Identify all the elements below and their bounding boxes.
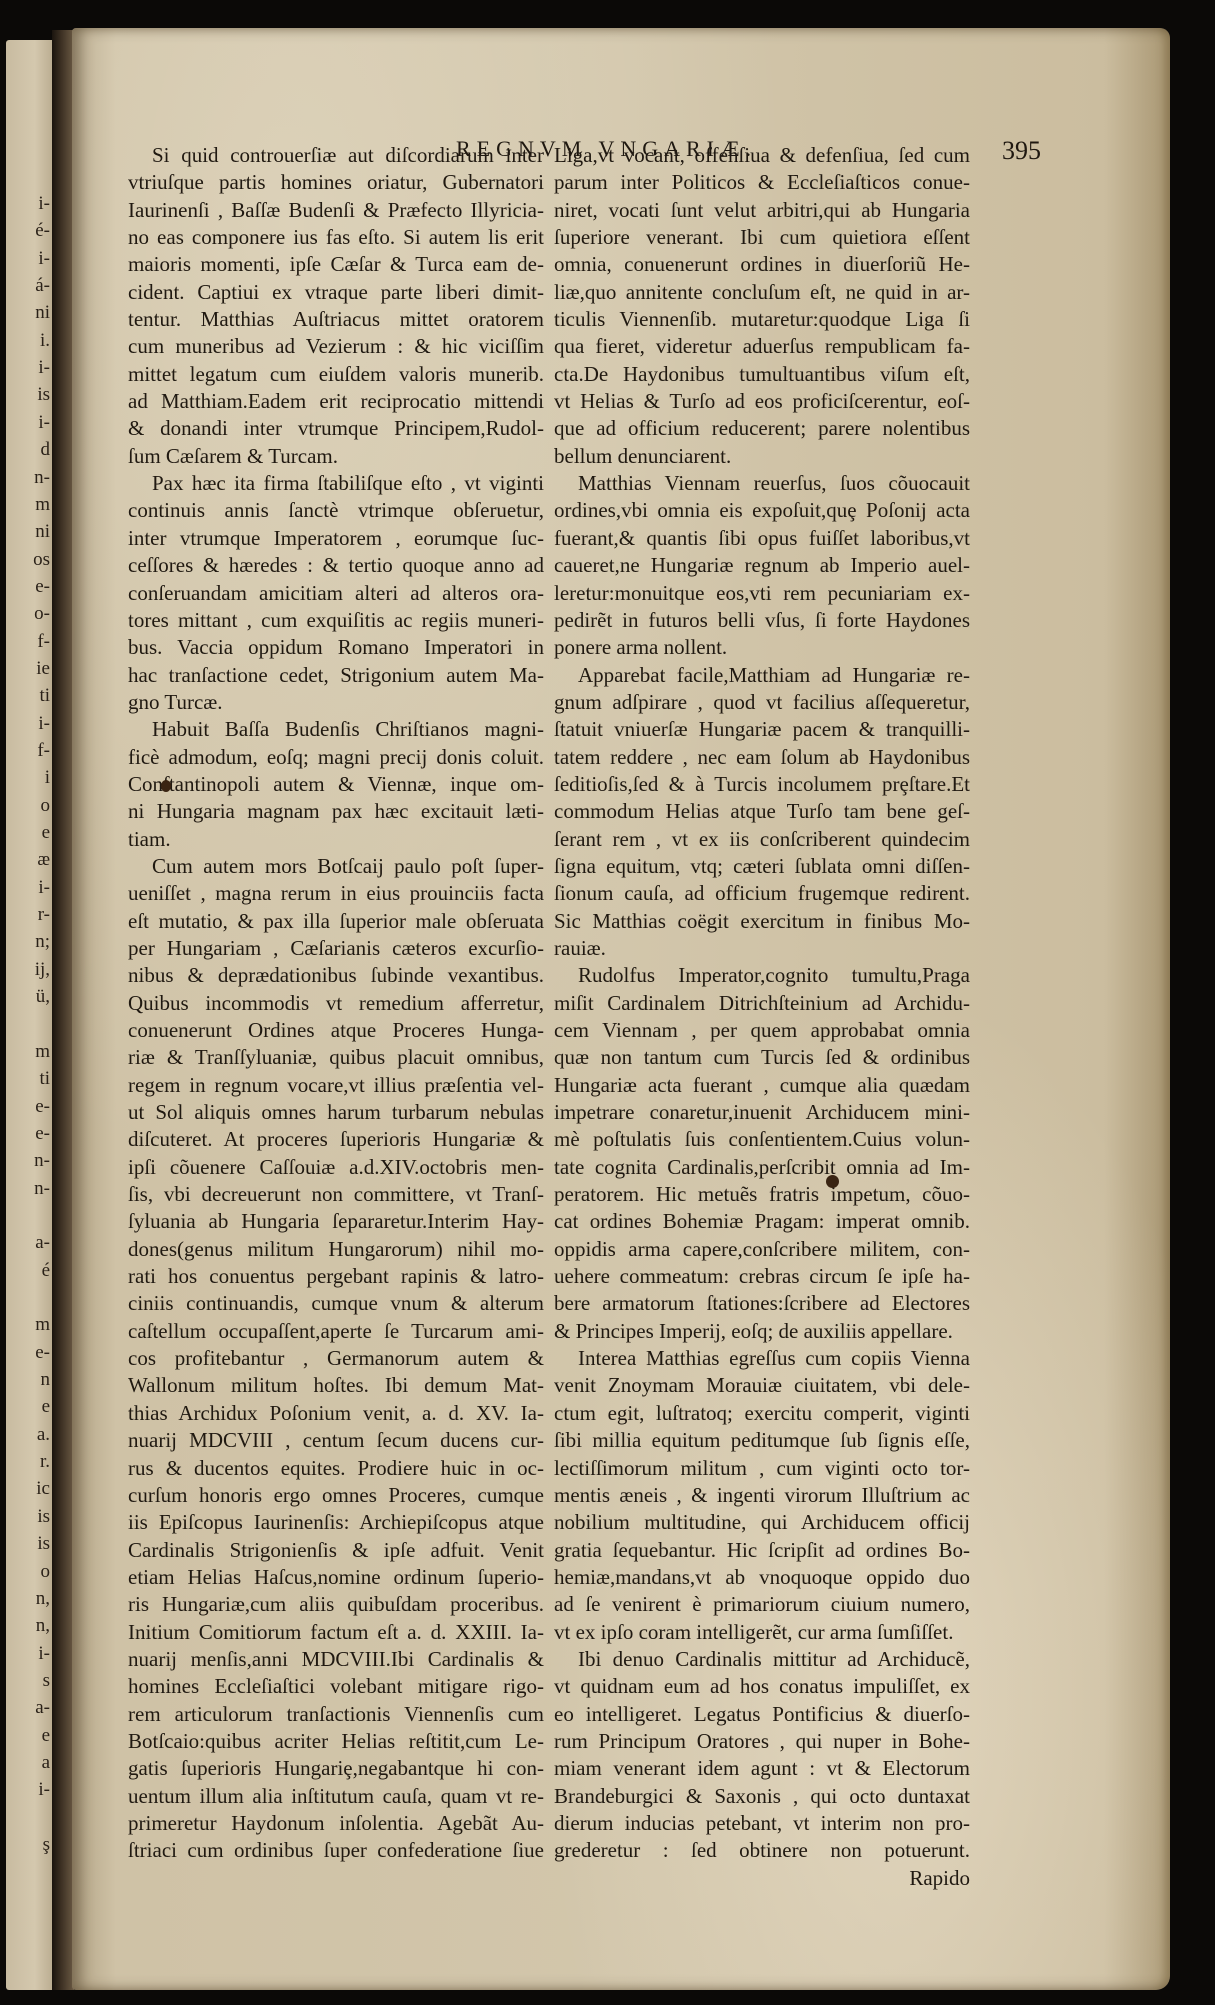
text-line: dierum inducias petebant, vt interim non…	[554, 1810, 970, 1837]
text-line: ad ſe venirent è primariorum ciuium nume…	[554, 1591, 970, 1618]
facing-page-text-fragment: n-	[34, 1175, 50, 1202]
facing-page-text-fragment: f-	[37, 737, 50, 764]
text-line: mè poſtulatis ſuis conſentientem.Cuius v…	[554, 1126, 970, 1153]
facing-page-text-fragment: a	[42, 1749, 50, 1776]
text-line: uentum illum alia inſtitutum cauſa, quam…	[128, 1783, 544, 1810]
facing-page-text-fragment: f-	[37, 628, 50, 655]
facing-page-text-fragment: o	[41, 792, 51, 819]
facing-page-text-fragment: n-	[34, 464, 50, 491]
facing-page-text-fragment: m	[35, 491, 50, 518]
facing-page-text-fragment: i-	[38, 1640, 50, 1667]
text-line: grederetur : ſed obtinere non potuerunt.	[554, 1837, 970, 1864]
text-line: caueret,ne Hungariæ regnum ab Imperio au…	[554, 552, 970, 579]
facing-page-text-fragment: e	[42, 1722, 50, 1749]
facing-page-text-fragment: s	[43, 1667, 50, 1694]
facing-page-text-fragment: ti	[39, 682, 50, 709]
facing-page-text-fragment: n,	[36, 1612, 50, 1639]
facing-page-text-fragment: i-	[38, 710, 50, 737]
facing-page-text-fragment: i-	[38, 409, 50, 436]
facing-page-text-fragment: is	[37, 1503, 50, 1530]
text-line: eo intelligeret. Legatus Pontificius & d…	[554, 1701, 970, 1728]
text-line: dones(genus militum Hungarorum) nihil mo…	[128, 1236, 544, 1263]
text-line: tentur. Matthias Auſtriacus mittet orato…	[128, 306, 544, 333]
text-line: ſtriaci cum ordinibus ſuper confederatio…	[128, 1837, 544, 1864]
text-line: mentis æneis , & ingenti virorum Illuſtr…	[554, 1482, 970, 1509]
text-line: Iaurinenſi , Baſſæ Budenſi & Præfecto Il…	[128, 197, 544, 224]
text-line: ſyluania ab Hungaria ſepararetur.Interim…	[128, 1208, 544, 1235]
text-line: oppidis arma capere,conſcribere militem,…	[554, 1236, 970, 1263]
text-line: primeretur Haydonum inſolentia. Agebãt A…	[128, 1810, 544, 1837]
facing-page-text-fragment: is	[37, 381, 50, 408]
facing-page-text-fragment: d	[41, 436, 51, 463]
facing-page-text-fragment: m	[35, 1311, 50, 1338]
text-line: bellum denunciarent.	[554, 443, 970, 470]
text-line: cum muneribus ad Vezierum : & hic viciſſ…	[128, 333, 544, 360]
text-line: peratorem. Hic metuẽs fratris impetum, c…	[554, 1181, 970, 1208]
text-line: ſuperiore venerant. Ibi cum quietiora eſ…	[554, 224, 970, 251]
text-line: cident. Captiui ex vtraque parte liberi …	[128, 279, 544, 306]
text-line: ad Matthiam.Eadem erit reciprocatio mitt…	[128, 388, 544, 415]
text-line: cos profitebantur , Germanorum autem &	[128, 1345, 544, 1372]
text-line: uehere commeatum: crebras circum ſe ipſe…	[554, 1263, 970, 1290]
text-line: Brandeburgici & Saxonis , qui octo dunta…	[554, 1783, 970, 1810]
text-line: gno Turcæ.	[128, 689, 544, 716]
text-line: cem Viennam , per quem approbabat omnia	[554, 1017, 970, 1044]
text-line: ut Sol aliquis omnes harum turbarum nebu…	[128, 1099, 544, 1126]
facing-page-text-fragment: ş	[43, 1831, 50, 1858]
text-line: ceſſores & hæredes : & tertio quoque ann…	[128, 552, 544, 579]
text-line: cat ordines Bohemiæ Pragam: imperat omni…	[554, 1208, 970, 1235]
text-line: iis Epiſcopus Iaurinenſis: Archiepiſcopu…	[128, 1509, 544, 1536]
facing-page-text-fragment: os	[33, 546, 50, 573]
text-line: & Principes Imperij, eoſq; de auxiliis a…	[554, 1318, 970, 1345]
facing-page-text-fragment: ti	[39, 1065, 50, 1092]
text-line: niret, vocati ſunt velut arbitri,qui ab …	[554, 197, 970, 224]
facing-page-text-fragment: n;	[35, 928, 50, 955]
text-line: Botſcaio:quibus acriter Helias reſtitit,…	[128, 1728, 544, 1755]
text-line: pedirẽt in futuros belli vſus, ſi forte …	[554, 607, 970, 634]
facing-page-text-fragment: i	[45, 764, 50, 791]
text-line: homines Eccleſiaſtici volebant mitigare …	[128, 1673, 544, 1700]
facing-page-text-fragment: i-	[38, 1776, 50, 1803]
facing-page-text-fragment: æ	[37, 846, 50, 873]
text-line: parum inter Politicos & Eccleſiaſticos c…	[554, 169, 970, 196]
text-line: Sic Matthias coëgit exercitum in finibus…	[554, 908, 970, 935]
facing-page-text-fragment: e-	[35, 1120, 50, 1147]
text-line: conuenerunt Ordines atque Proceres Hunga…	[128, 1017, 544, 1044]
text-line: nobilium multitudine, qui Archiducem off…	[554, 1509, 970, 1536]
text-line: curſum honoris ergo omnes Proceres, cumq…	[128, 1482, 544, 1509]
text-line: diſcuteret. At proceres ſuperioris Hunga…	[128, 1126, 544, 1153]
facing-page-text-fragment: r-	[38, 901, 50, 928]
facing-page-text-fragment: ni	[35, 299, 50, 326]
text-line: ſtatuit vniuerſæ Hungariæ pacem & tranqu…	[554, 716, 970, 743]
text-line: ordines,vbi omnia eis expoſuit,quȩ Poſon…	[554, 497, 970, 524]
text-line: commodum Helias atque Turſo tam bene geſ…	[554, 798, 970, 825]
text-line: regem in regnum vocare,vt illius præſent…	[128, 1072, 544, 1099]
facing-page-text-fragment: a-	[35, 1229, 50, 1256]
text-line: ponere arma nollent.	[554, 634, 970, 661]
text-line: Apparebat facile,Matthiam ad Hungariæ re…	[554, 662, 970, 689]
text-line: tatem reddere , nec eam ſolum ab Haydoni…	[554, 744, 970, 771]
text-line: thias Archidux Poſonium venit, a. d. XV.…	[128, 1400, 544, 1427]
text-line: rem articulorum tranſactionis Viennenſis…	[128, 1701, 544, 1728]
text-line: Cardinalis Strigonienſis & ipſe adfuit. …	[128, 1537, 544, 1564]
text-line: hac tranſactione cedet, Strigonium autem…	[128, 662, 544, 689]
text-line: ficè admodum, eoſq; magni precij donis c…	[128, 744, 544, 771]
facing-page-text-fragment: é	[42, 1257, 50, 1284]
text-line: etiam Helias Haſcus,nomine ordinum ſuper…	[128, 1564, 544, 1591]
text-line: tate cognita Cardinalis,perſcribit omnia…	[554, 1154, 970, 1181]
facing-page-text-fragment: o	[41, 1558, 51, 1585]
facing-page-text-fragment: o-	[34, 600, 50, 627]
text-line: inter vtrumque Imperatorem , eorumque ſu…	[128, 525, 544, 552]
text-line: Conſtantinopoli autem & Viennæ, inque om…	[128, 771, 544, 798]
text-line: quæ non tantum cum Turcis ſed & ordinibu…	[554, 1044, 970, 1071]
text-line: Ibi denuo Cardinalis mittitur ad Archidu…	[554, 1646, 970, 1673]
text-line: fuerant,& quantis ſibi opus fuiſſet labo…	[554, 525, 970, 552]
facing-page-text-fragment: e-	[35, 1093, 50, 1120]
text-line: bere armatorum ſtationes:ſcribere ad Ele…	[554, 1290, 970, 1317]
facing-page-text-fragment: ic	[36, 1475, 50, 1502]
text-line: mittet legatum cum eiuſdem valoris muner…	[128, 361, 544, 388]
text-line: leretur:monuitque eos,vti rem pecuniaria…	[554, 580, 970, 607]
facing-page-text-fragment: é-	[35, 217, 50, 244]
text-line: ipſi cõuenere Caſſouiæ a.d.XIV.octobris …	[128, 1154, 544, 1181]
text-line: nuarij menſis,anni MDCVIII.Ibi Cardinali…	[128, 1646, 544, 1673]
text-line: lectiſſimorum militum , cum viginti octo…	[554, 1455, 970, 1482]
text-line: ciniis continuandis, cumque vnum & alter…	[128, 1290, 544, 1317]
text-line: Interea Matthias egreſſus cum copiis Vie…	[554, 1345, 970, 1372]
catchword: Rapido	[554, 1865, 970, 1892]
text-line: ticulis Viennenſib. mutaretur:quodque Li…	[554, 306, 970, 333]
text-line: impetrare conaretur,inuenit Archiducem m…	[554, 1099, 970, 1126]
text-line: ris Hungariæ,cum aliis quibuſdam proceri…	[128, 1591, 544, 1618]
text-column-right: Liga,vt vocant, offenſiua & defenſiua, ſ…	[554, 142, 970, 1892]
text-line: vtriuſque partis homines oriatur, Gubern…	[128, 169, 544, 196]
text-line: nibus & deprædationibus ſubinde vexantib…	[128, 962, 544, 989]
facing-page-text-fragment: n-	[34, 1147, 50, 1174]
text-line: & donandi inter vtrumque Principem,Rudol…	[128, 415, 544, 442]
text-line: ſerant rem , vt ex iis conſcriberent qui…	[554, 826, 970, 853]
text-line: miam venerant idem agunt : vt & Electoru…	[554, 1755, 970, 1782]
facing-page-text-fragment: r.	[40, 1448, 50, 1475]
text-line: miſit Cardinalem Ditrichſteinium ad Arch…	[554, 990, 970, 1017]
text-line: vt ex ipſo coram intelligerẽt, cur arma …	[554, 1619, 970, 1646]
facing-page-text-fragment: ü,	[36, 983, 50, 1010]
facing-page-text-fragment: is	[37, 1530, 50, 1557]
text-line: tores mittant , cum exquiſitis ac regiis…	[128, 607, 544, 634]
text-line: continuis annis ſanctè vtrimque obſeruet…	[128, 497, 544, 524]
text-line: Initium Comitiorum factum eſt a. d. XXII…	[128, 1619, 544, 1646]
text-line: maioris momenti, ipſe Cæſar & Turca eam …	[128, 251, 544, 278]
text-line: venit Znoymam Morauiæ ciuitatem, vbi del…	[554, 1372, 970, 1399]
facing-page-text-fragment: a.	[37, 1421, 50, 1448]
text-line: Rudolfus Imperator,cognito tumultu,Praga	[554, 962, 970, 989]
text-line: riæ & Tranſſyluaniæ, quibus placuit omni…	[128, 1044, 544, 1071]
facing-page-text-fragment: i-	[38, 354, 50, 381]
text-line: Matthias Viennam reuerſus, ſuos cõuocaui…	[554, 470, 970, 497]
text-line: gnum adſpirare , quod vt facilius aſſequ…	[554, 689, 970, 716]
text-line: tiam.	[128, 826, 544, 853]
text-line: gatis ſuperioris Hungariȩ,negabantque hi…	[128, 1755, 544, 1782]
text-line: omnia, conuenerunt ordines in diuerſoriũ…	[554, 251, 970, 278]
text-line: rum Principum Oratores , qui nuper in Bo…	[554, 1728, 970, 1755]
facing-page-text-fragment: e-	[35, 1339, 50, 1366]
facing-page-text-fragment: ie	[36, 655, 50, 682]
text-line: ſibi millia equitum peditumque ſub ſigni…	[554, 1427, 970, 1454]
facing-page-text-fragment: e	[42, 1393, 50, 1420]
text-line: qua fieret, videretur aduerſus rempublic…	[554, 333, 970, 360]
text-line: Habuit Baſſa Budenſis Chriſtianos magni-	[128, 716, 544, 743]
facing-page-text-fragment: i-	[38, 245, 50, 272]
text-line: ſeditioſis,ſed & à Turcis incolumem prȩſ…	[554, 771, 970, 798]
text-line: bus. Vaccia oppidum Romano Imperatori in	[128, 634, 544, 661]
text-line: Liga,vt vocant, offenſiua & defenſiua, ſ…	[554, 142, 970, 169]
facing-page-text-fragment: a-	[35, 1694, 50, 1721]
text-line: Quibus incommodis vt remedium afferretur…	[128, 990, 544, 1017]
text-line: ueniſſet , magna rerum in eius prouincii…	[128, 880, 544, 907]
text-line: hemiæ,mandans,vt ab vnoquoque oppido duo	[554, 1564, 970, 1591]
page-number: 395	[1002, 136, 1041, 166]
ink-stain	[161, 780, 171, 792]
text-line: per Hungariam , Cæſarianis cæteros excur…	[128, 935, 544, 962]
text-line: liæ,quo annitente concluſum eſt, ne quid…	[554, 279, 970, 306]
facing-page-text-fragment: i-	[38, 190, 50, 217]
facing-page-text-fragment: i-	[38, 874, 50, 901]
text-line: ni Hungaria magnam pax hæc excitauit læt…	[128, 798, 544, 825]
text-line: ſis, vbi decreuerunt non committere, vt …	[128, 1181, 544, 1208]
ink-stain	[826, 1175, 839, 1188]
text-line: no eas componere ius fas eſto. Si autem …	[128, 224, 544, 251]
text-line: Pax hæc ita firma ſtabiliſque eſto , vt …	[128, 470, 544, 497]
facing-page-text-fragment: á-	[35, 272, 50, 299]
facing-page-text-fragment: ni	[35, 518, 50, 545]
text-line: nuarij MDCVIII , centum ſecum ducens cur…	[128, 1427, 544, 1454]
text-line: eſt mutatio, & pax illa ſuperior male ob…	[128, 908, 544, 935]
facing-page-edge: i-é-i-á-nii.i-isi-dn-mniose-o-f-ietii-f-…	[6, 40, 54, 1990]
facing-page-text-fragment: i.	[40, 327, 50, 354]
text-line: caſtellum occupaſſent,aperte ſe Turcarum…	[128, 1318, 544, 1345]
facing-page-text-fragment: n	[41, 1366, 51, 1393]
text-line: vt Helias & Turſo ad eos proficiſcerentu…	[554, 388, 970, 415]
facing-page-text-fragment: ij,	[35, 956, 50, 983]
text-line: ctum egit, luſtratoq; exercitu comperit,…	[554, 1400, 970, 1427]
text-column-left: Si quid controuerſiæ aut diſcordiarum in…	[128, 142, 544, 1865]
book-gutter	[52, 30, 74, 1990]
text-line: rauiæ.	[554, 935, 970, 962]
text-line: conſeruandam amicitiam alteri ad alteros…	[128, 580, 544, 607]
facing-page-text-fragment: e	[42, 819, 50, 846]
facing-page-text-fragment: n,	[36, 1585, 50, 1612]
facing-page-text-fragment: e-	[35, 573, 50, 600]
text-line: Hungariæ acta fuerant , cumque alia quæd…	[554, 1072, 970, 1099]
text-line: Cum autem mors Botſcaij paulo poſt ſuper…	[128, 853, 544, 880]
facing-page-text-fragment: m	[35, 1038, 50, 1065]
text-line: rus & ducentos equites. Prodiere huic in…	[128, 1455, 544, 1482]
text-line: ſionum cauſa, ad officium frugemque redi…	[554, 880, 970, 907]
text-line: cta.De Haydonibus tumultuantibus viſum e…	[554, 361, 970, 388]
text-line: que ad officium reducerent; parere nolen…	[554, 415, 970, 442]
text-line: vt quidnam eum ad hos conatus impuliſſet…	[554, 1673, 970, 1700]
text-line: Wallonum militum hoſtes. Ibi demum Mat-	[128, 1372, 544, 1399]
text-line: ſigna equitum, vtq; cæteri ſublata omni …	[554, 853, 970, 880]
text-line: rati hos conuentus pergebant rapinis & l…	[128, 1263, 544, 1290]
text-line: gratia ſequebantur. Hic ſcripſit ad ordi…	[554, 1537, 970, 1564]
text-line: Si quid controuerſiæ aut diſcordiarum in…	[128, 142, 544, 169]
text-line: ſum Cæſarem & Turcam.	[128, 443, 544, 470]
